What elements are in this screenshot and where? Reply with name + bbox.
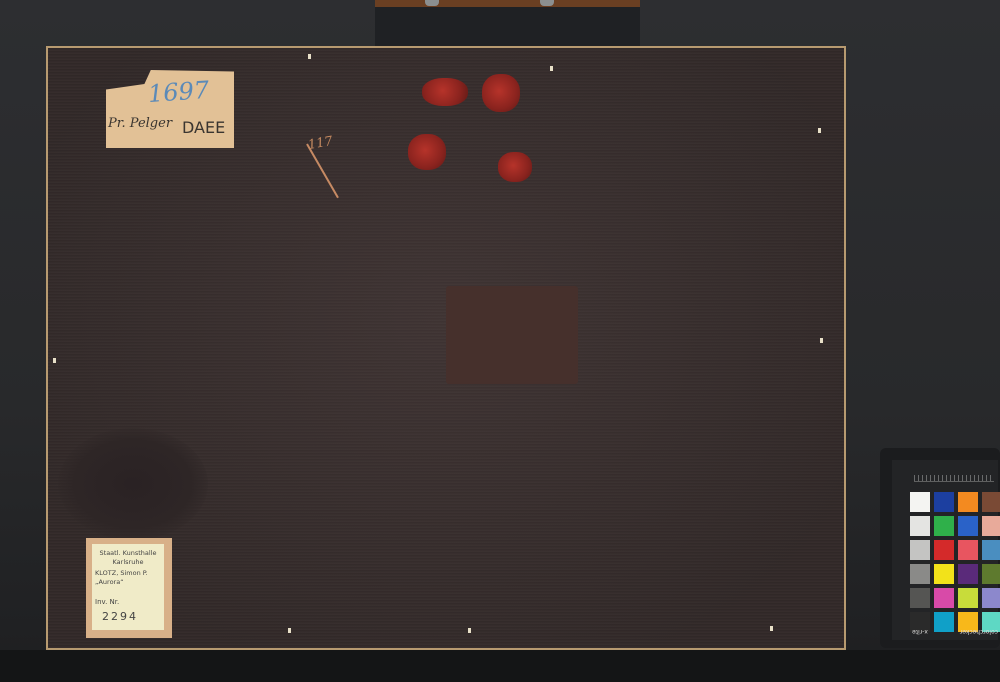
label-code: DAEE xyxy=(182,118,225,137)
label-number: 1697 xyxy=(147,76,210,108)
easel-wood-strip xyxy=(375,0,640,7)
wax-seal xyxy=(408,134,446,170)
easel-clip xyxy=(425,0,439,6)
wax-seal xyxy=(422,78,468,106)
wax-seal xyxy=(498,152,532,182)
easel-top-bar xyxy=(375,0,640,48)
color-swatch xyxy=(910,564,930,584)
color-swatch xyxy=(982,540,1000,560)
color-swatch xyxy=(910,588,930,608)
institution-line2: Karlsruhe xyxy=(92,558,164,567)
color-checker-card: colorchecker x-rite xyxy=(880,448,1000,648)
color-swatch xyxy=(958,588,978,608)
paint-chip xyxy=(53,358,56,363)
color-swatch xyxy=(958,564,978,584)
dark-stain xyxy=(58,428,208,540)
paint-chip xyxy=(818,128,821,133)
color-swatch xyxy=(934,588,954,608)
color-swatch xyxy=(982,564,1000,584)
label-name: Pr. Pelger xyxy=(108,116,172,131)
institution: Staatl. Kunsthalle Karlsruhe xyxy=(92,549,164,567)
color-swatch xyxy=(934,492,954,512)
brand-text: colorchecker x-rite xyxy=(912,628,998,635)
color-swatch xyxy=(958,540,978,560)
paint-chip xyxy=(770,626,773,631)
artwork-info: KLOTZ, Simon P. „Aurora“ xyxy=(95,569,148,587)
inventory-label-inner: Staatl. Kunsthalle Karlsruhe KLOTZ, Simo… xyxy=(92,544,164,630)
paint-chip xyxy=(550,66,553,71)
color-swatch xyxy=(982,588,1000,608)
ruler-scale xyxy=(914,475,994,482)
color-swatch xyxy=(910,492,930,512)
inventory-number: 2294 xyxy=(102,610,138,623)
artist-name: KLOTZ, Simon P. xyxy=(95,569,148,578)
shelf xyxy=(0,650,1000,682)
color-swatch xyxy=(934,516,954,536)
color-checker-face: colorchecker x-rite xyxy=(892,460,998,640)
inventory-caption: Inv. Nr. xyxy=(95,598,119,606)
color-swatch xyxy=(934,564,954,584)
wax-seal xyxy=(482,74,520,112)
institution-line1: Staatl. Kunsthalle xyxy=(92,549,164,558)
easel-clip xyxy=(540,0,554,6)
color-swatch xyxy=(910,516,930,536)
color-swatch xyxy=(934,540,954,560)
paint-chip xyxy=(820,338,823,343)
color-swatch xyxy=(982,492,1000,512)
painting-panel-back: 1697 Pr. Pelger DAEE 117 Staatl. Kunstha… xyxy=(46,46,846,650)
paint-chip xyxy=(468,628,471,633)
color-swatch xyxy=(982,516,1000,536)
paint-chip xyxy=(308,54,311,59)
brand-colorchecker: colorchecker xyxy=(960,628,998,635)
inventory-label: Staatl. Kunsthalle Karlsruhe KLOTZ, Simo… xyxy=(86,538,172,638)
brand-xrite: x-rite xyxy=(912,628,928,635)
swatch-grid xyxy=(910,492,1000,632)
rectangular-patch xyxy=(446,286,578,384)
color-swatch xyxy=(958,516,978,536)
color-swatch xyxy=(958,492,978,512)
paint-chip xyxy=(288,628,291,633)
artwork-title: „Aurora“ xyxy=(95,578,148,587)
color-swatch xyxy=(910,540,930,560)
